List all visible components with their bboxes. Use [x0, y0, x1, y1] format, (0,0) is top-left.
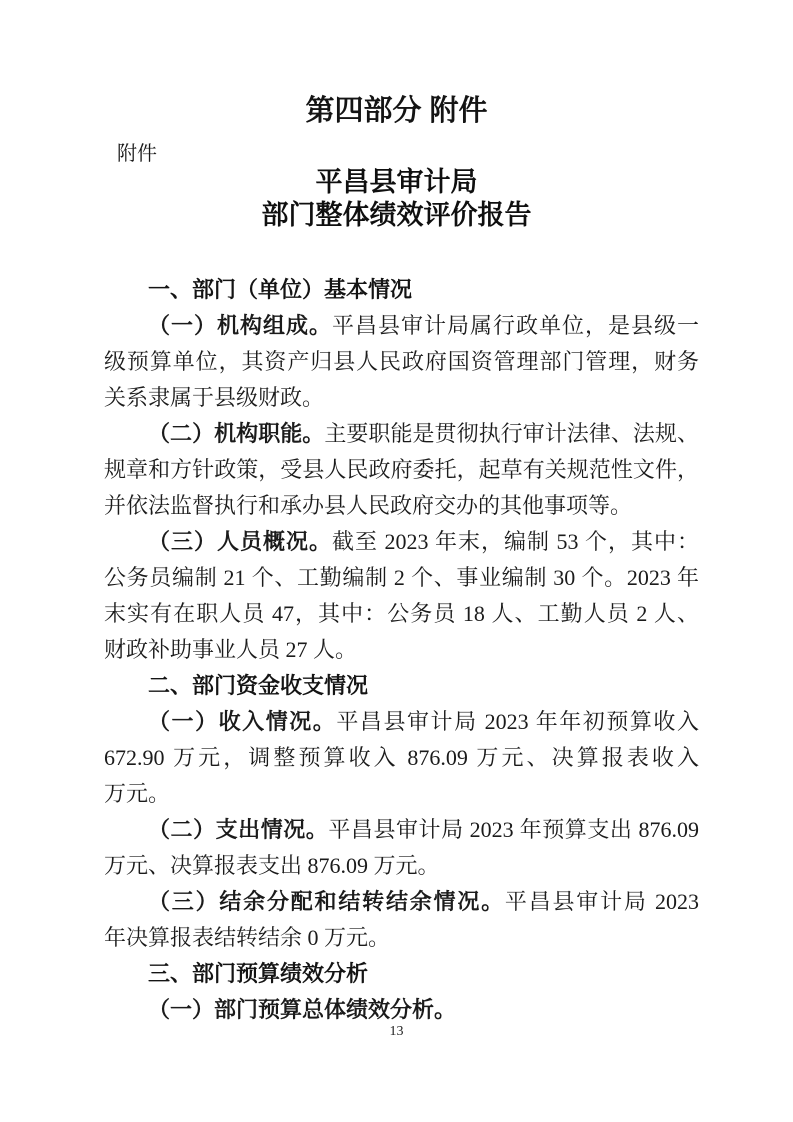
text-line: （二）机构职能。主要职能是贯彻执行审计法律、法规、 [104, 416, 699, 452]
text-line: （三）人员概况。截至 2023 年末，编制 53 个，其中： [104, 524, 699, 560]
text-line: 公务员编制 21 个、工勤编制 2 个、事业编制 30 个。2023 年 [104, 560, 699, 596]
text-line: 年决算报表结转结余 0 万元。 [104, 920, 699, 956]
body-text-segment: 并依法监督执行和承办县人民政府交办的其他事项等。 [104, 493, 632, 518]
section-heading: 一、部门（单位）基本情况 [104, 272, 699, 308]
bold-lead-text: （一）部门预算总体绩效分析。 [148, 997, 456, 1022]
text-line: （一）机构组成。平昌县审计局属行政单位，是县级一 [104, 308, 699, 344]
section-heading: 三、部门预算绩效分析 [104, 956, 699, 992]
body-text-segment: 财政补助事业人员 27 人。 [104, 637, 357, 662]
bold-lead-text: （一）机构组成。 [148, 313, 332, 338]
section-heading: 二、部门资金收支情况 [104, 668, 699, 704]
bold-lead-text: （二）支出情况。 [148, 817, 328, 842]
body-text-segment: 万元、决算报表支出 876.09 万元。 [104, 853, 440, 878]
body-text-segment: 级预算单位，其资产归县人民政府国资管理部门管理，财务 [104, 349, 699, 374]
text-line: 万元。 [104, 776, 699, 812]
body-text-segment: 平昌县审计局 2023 年预算支出 876.09 [328, 817, 699, 842]
text-line: （一）收入情况。平昌县审计局 2023 年年初预算收入 [104, 704, 699, 740]
bold-lead-text: 三、部门预算绩效分析 [148, 961, 368, 986]
text-line: 关系隶属于县级财政。 [104, 380, 699, 416]
body-text-segment: 截至 2023 年末，编制 53 个，其中： [332, 529, 699, 554]
body-text-segment: 年决算报表结转结余 0 万元。 [104, 925, 390, 950]
body-text-segment: 末实有在职人员 47，其中：公务员 18 人、工勤人员 2 人、 [104, 601, 699, 626]
body-text-segment: 万元。 [104, 781, 170, 806]
text-line: （一）部门预算总体绩效分析。 [104, 992, 699, 1028]
text-line: 672.90 万元，调整预算收入 876.09 万元、决算报表收入 876.09 [104, 740, 699, 776]
body-text-segment: 平昌县审计局 2023 [505, 889, 699, 914]
page-number: 13 [0, 1024, 793, 1040]
bold-lead-text: （二）机构职能。 [148, 421, 324, 446]
part-title: 第四部分 附件 [0, 88, 793, 129]
body-text: 一、部门（单位）基本情况（一）机构组成。平昌县审计局属行政单位，是县级一级预算单… [104, 272, 699, 1028]
body-text-segment: 平昌县审计局属行政单位，是县级一 [332, 313, 699, 338]
report-title-line1: 平昌县审计局 [0, 166, 793, 199]
text-line: 末实有在职人员 47，其中：公务员 18 人、工勤人员 2 人、 [104, 596, 699, 632]
text-line: 规章和方针政策，受县人民政府委托，起草有关规范性文件， [104, 452, 699, 488]
body-text-segment: 规章和方针政策，受县人民政府委托，起草有关规范性文件， [104, 457, 699, 482]
body-text-segment: 公务员编制 21 个、工勤编制 2 个、事业编制 30 个。2023 年 [104, 565, 699, 590]
text-line: 财政补助事业人员 27 人。 [104, 632, 699, 668]
report-title-line2: 部门整体绩效评价报告 [0, 199, 793, 232]
text-line: 级预算单位，其资产归县人民政府国资管理部门管理，财务 [104, 344, 699, 380]
bold-lead-text: （一）收入情况。 [148, 709, 336, 734]
body-text-segment: 平昌县审计局 2023 年年初预算收入 [336, 709, 699, 734]
bold-lead-text: 二、部门资金收支情况 [148, 673, 368, 698]
text-line: （三）结余分配和结转结余情况。平昌县审计局 2023 [104, 884, 699, 920]
body-text-segment: 主要职能是贯彻执行审计法律、法规、 [324, 421, 699, 446]
bold-lead-text: 一、部门（单位）基本情况 [148, 277, 412, 302]
bold-lead-text: （三）结余分配和结转结余情况。 [148, 889, 505, 914]
body-text-segment: 关系隶属于县级财政。 [104, 385, 324, 410]
bold-lead-text: （三）人员概况。 [148, 529, 332, 554]
text-line: （二）支出情况。平昌县审计局 2023 年预算支出 876.09 [104, 812, 699, 848]
text-line: 万元、决算报表支出 876.09 万元。 [104, 848, 699, 884]
text-line: 并依法监督执行和承办县人民政府交办的其他事项等。 [104, 488, 699, 524]
body-text-segment: 672.90 万元，调整预算收入 876.09 万元、决算报表收入 876.09 [104, 745, 699, 776]
document-page: 第四部分 附件 附件 平昌县审计局 部门整体绩效评价报告 一、部门（单位）基本情… [0, 0, 793, 1122]
report-title: 平昌县审计局 部门整体绩效评价报告 [0, 166, 793, 232]
attachment-label: 附件 [117, 137, 157, 166]
